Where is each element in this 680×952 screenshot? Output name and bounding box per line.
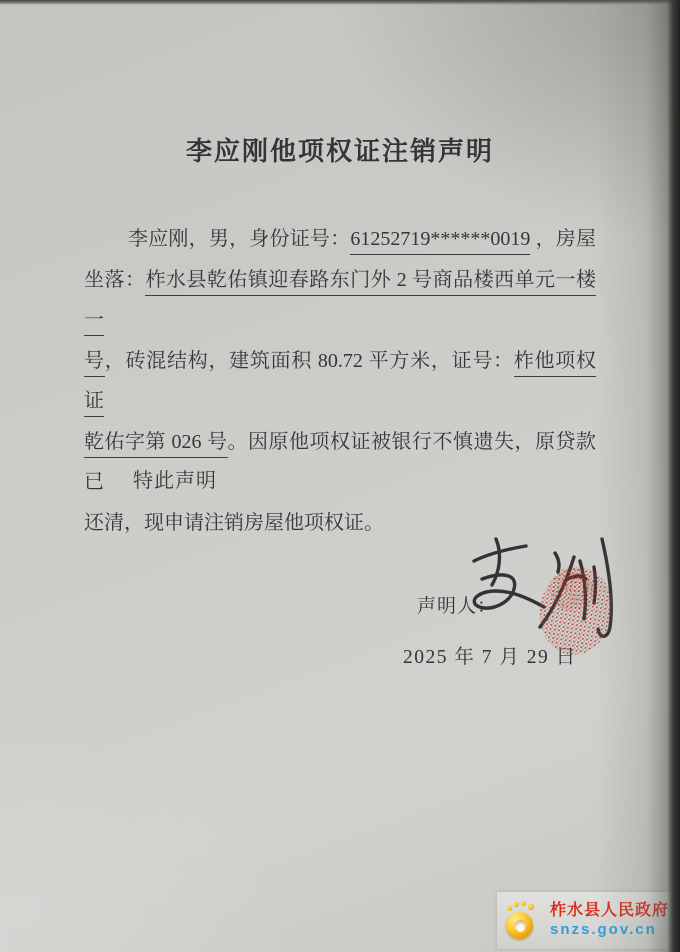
scanned-declaration-page: { "document": { "title": "李应刚他项权证注销声明", … bbox=[0, 0, 680, 952]
closing-statement: 特此声明 bbox=[133, 464, 217, 493]
badge-text-block: 柞水县人民政府 snzs.gov.cn bbox=[550, 901, 669, 940]
government-website: snzs.gov.cn bbox=[550, 921, 669, 940]
document-body: 李应刚，男，身份证号：61252719******0019 ，房屋 坐落：柞水县… bbox=[84, 219, 596, 543]
logo-dot bbox=[507, 906, 512, 911]
body-line-2: 坐落：柞水县乾佑镇迎春路东门外 2 号商品楼西单元一楼一 bbox=[84, 260, 596, 341]
logo-dot bbox=[514, 902, 519, 907]
body-text: ，房屋 bbox=[530, 228, 596, 250]
cert-number-tail-underlined: 乾佑字第 026 号 bbox=[84, 431, 228, 458]
declarant-label: 声明人： bbox=[417, 591, 497, 618]
government-name: 柞水县人民政府 bbox=[550, 901, 669, 921]
body-line-3: 号，砖混结构，建筑面积 80.72 平方米，证号：柞他项权证 bbox=[84, 341, 596, 422]
id-number-underlined: 61252719******0019 bbox=[350, 228, 530, 255]
body-line-1: 李应刚，男，身份证号：61252719******0019 ，房屋 bbox=[84, 219, 596, 260]
scan-edge-top bbox=[0, 0, 680, 5]
government-logo-icon bbox=[501, 899, 543, 943]
logo-ring-hole bbox=[515, 920, 526, 932]
body-line-5: 还清，现申请注销房屋他项权证。 bbox=[84, 503, 596, 544]
body-text: 还清，现申请注销房屋他项权证。 bbox=[84, 512, 384, 534]
body-text: 坐落： bbox=[84, 269, 145, 291]
logo-dot bbox=[521, 901, 526, 906]
body-text: ，砖混结构，建筑面积 80.72 平方米，证号： bbox=[105, 350, 514, 372]
address-tail-underlined: 号 bbox=[84, 350, 105, 377]
document-title: 李应刚他项权证注销声明 bbox=[0, 131, 680, 168]
signature-strokes bbox=[474, 539, 611, 636]
document-date: 2025 年 7 月 29 日 bbox=[403, 641, 577, 669]
body-text: 李应刚，男，身份证号： bbox=[128, 228, 350, 250]
government-watermark-badge: 柞水县人民政府 snzs.gov.cn bbox=[497, 892, 680, 949]
address-underlined: 柞水县乾佑镇迎春路东门外 2 号商品楼西单元一楼一 bbox=[84, 269, 596, 337]
logo-dot bbox=[528, 904, 534, 910]
